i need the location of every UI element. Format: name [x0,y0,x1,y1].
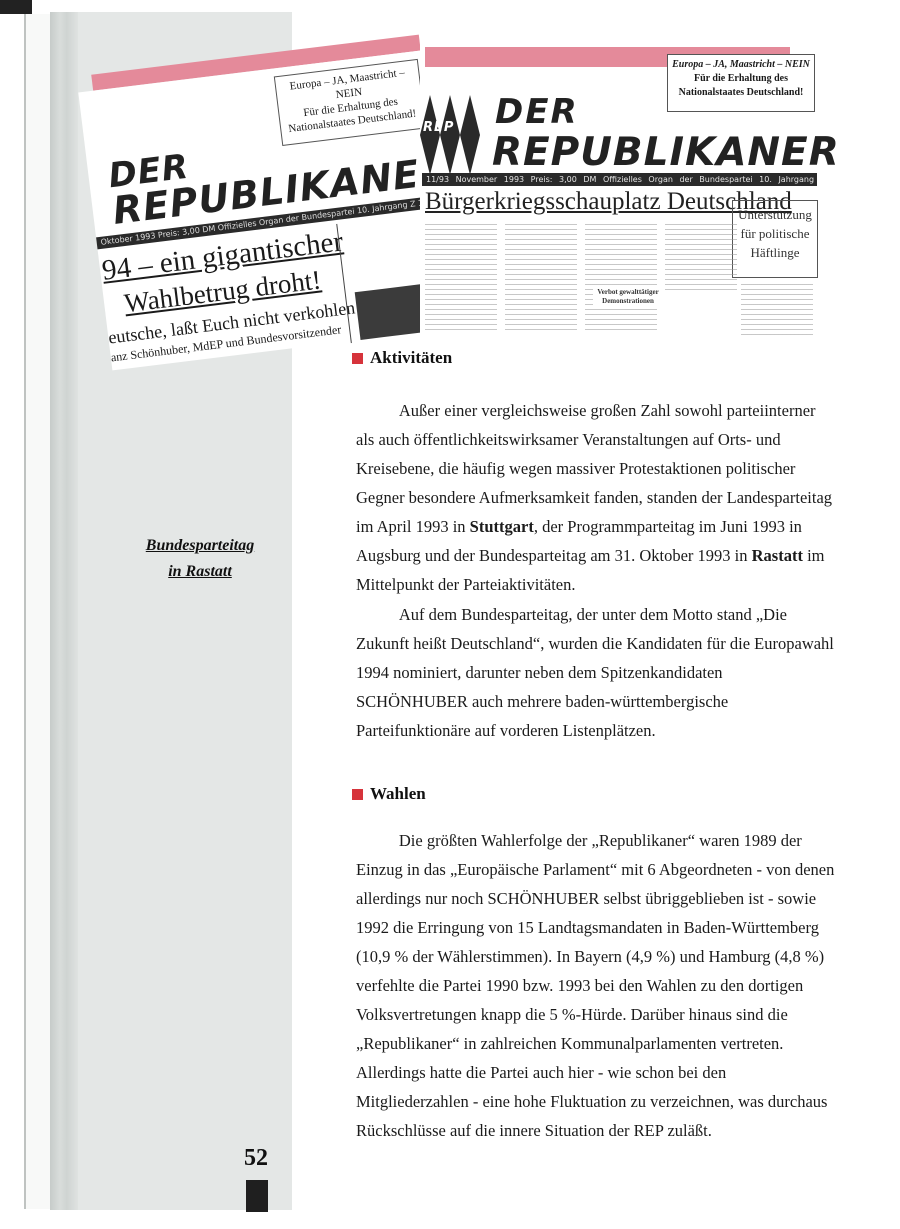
margin-note-line: Bundesparteitag [100,533,300,559]
section-heading-aktivitaeten: Aktivitäten [352,348,452,368]
text-column [505,224,577,334]
paragraph-wahlen: Die größten Wahlerfolge der „Republikane… [356,826,836,1145]
column-heading: Verbot gewalttätiger Demonstrationen [593,288,663,306]
section-heading-text: Aktivitäten [370,348,452,368]
rep-logo: REP [420,95,480,175]
motto-box: Europa – JA, Maastricht – NEIN Für die E… [667,54,815,112]
column-heading-line: Demonstrationen [593,297,663,306]
motto-line: Nationalstaates Deutschland! [668,86,814,100]
motto-line: Europa – JA, Maastricht – NEIN [668,58,814,72]
page-marker-block [246,1180,268,1212]
red-square-bullet-icon [352,353,363,364]
highlight-stuttgart: Stuttgart [470,517,534,536]
margin-note-line: in Rastatt [100,559,300,585]
newspaper-info-bar: 11/93 November 1993 Preis: 3,00 DM Offiz… [422,173,817,186]
rep-diamonds-icon [420,95,480,175]
text-column [665,224,737,294]
rep-logo-text: REP [423,120,454,135]
newspaper-text-columns: Verbot gewalttätiger Demonstrationen [425,224,820,344]
text-column [741,284,813,339]
newspaper-clipping-november: REP DER REPUBLIKANER Europa – JA, Maastr… [420,40,832,350]
newspaper-clipping-october: Europa – JA, Maastricht – NEIN Für die E… [70,0,453,353]
newspaper-logo-republikaner: REPUBLIKANER [492,130,840,175]
binding-strip [26,14,50,1209]
page-edge [0,0,25,1229]
text-column [585,224,657,334]
margin-note: Bundesparteitag in Rastatt [100,533,300,585]
newspaper-logo-der: DER [495,92,579,132]
highlight-rastatt: Rastatt [752,546,803,565]
motto-line: Für die Erhaltung des [668,72,814,86]
text-run: Außer einer vergleichsweise großen Zahl … [356,401,832,536]
text-column [425,224,497,334]
red-square-bullet-icon [352,789,363,800]
section-heading-text: Wahlen [370,784,426,804]
paragraph-aktivitaeten-2: Auf dem Bundesparteitag, der unter dem M… [356,600,836,745]
page-number: 52 [244,1145,268,1172]
paragraph-aktivitaeten-1: Außer einer vergleichsweise großen Zahl … [356,396,836,599]
scan-corner-mark [0,0,40,14]
column-heading-line: Verbot gewalttätiger [593,288,663,297]
section-heading-wahlen: Wahlen [352,784,426,804]
info-box-line: Unterstützung [733,205,817,224]
page-spine [50,12,78,1210]
